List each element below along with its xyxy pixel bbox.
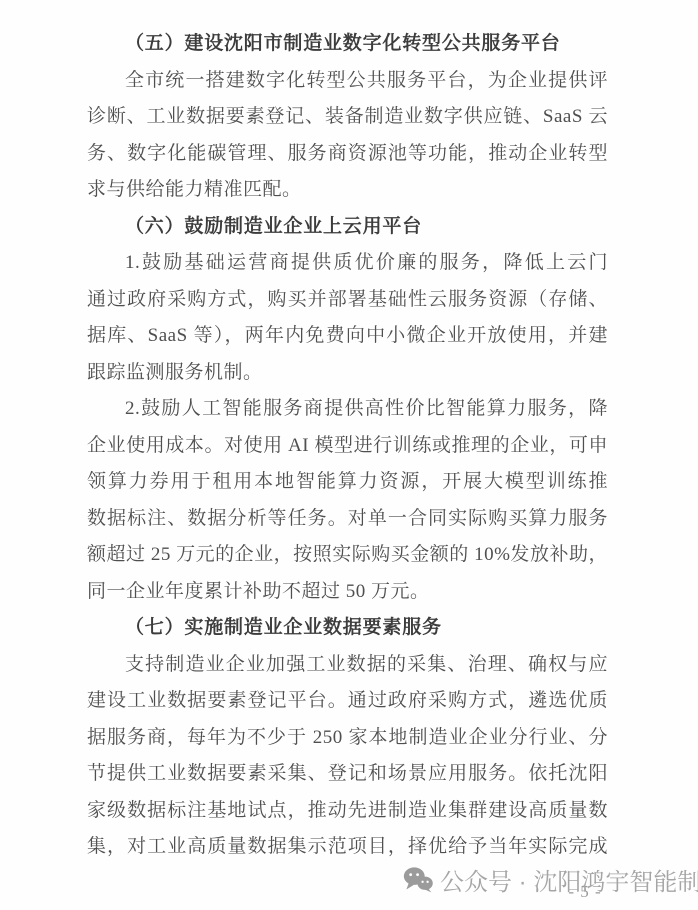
paragraph-line: 诊断、工业数据要素登记、装备制造业数字供应链、SaaS 云服 xyxy=(87,99,608,136)
watermark-text: 公众号 · 沈阳鸿宇智能制造 xyxy=(440,862,698,897)
paragraph-line: 1.鼓励基础运营商提供质优价廉的服务，降低上云门槛。 xyxy=(87,245,608,282)
document-page: （五）建设沈阳市制造业数字化转型公共服务平台 全市统一搭建数字化转型公共服务平台… xyxy=(0,0,698,910)
paragraph-line: 集，对工业高质量数据集示范项目，择优给予当年实际完成投 xyxy=(87,829,608,866)
section-heading: （五）建设沈阳市制造业数字化转型公共服务平台 xyxy=(87,26,608,63)
paragraph-line: 跟踪监测服务机制。 xyxy=(87,355,608,392)
paragraph-line: 企业使用成本。对使用 AI 模型进行训练或推理的企业，可申 xyxy=(87,428,608,465)
paragraph-line: 通过政府采购方式，购买并部署基础性云服务资源（存储、数 xyxy=(87,282,608,319)
paragraph-line: 节提供工业数据要素采集、登记和场景应用服务。依托沈阳国 xyxy=(87,756,608,793)
paragraph-line: 家级数据标注基地试点，推动先进制造业集群建设高质量数据 xyxy=(87,793,608,830)
wechat-icon xyxy=(403,866,433,893)
paragraph-line: 据服务商，每年为不少于 250 家本地制造业企业分行业、分环 xyxy=(87,720,608,757)
watermark: 公众号 · 沈阳鸿宇智能制造 xyxy=(403,862,698,897)
paragraph-line: 领算力券用于租用本地智能算力资源，开展大模型训练推理、 xyxy=(87,464,608,501)
paragraph-line: 2.鼓励人工智能服务商提供高性价比智能算力服务，降低 xyxy=(87,391,608,428)
paragraph-line: 支持制造业企业加强工业数据的采集、治理、确权与应用， xyxy=(87,647,608,684)
paragraph-line: 求与供给能力精准匹配。 xyxy=(87,172,608,209)
document-body: （五）建设沈阳市制造业数字化转型公共服务平台 全市统一搭建数字化转型公共服务平台… xyxy=(87,26,608,866)
paragraph-line: 据库、SaaS 等），两年内免费向中小微企业开放使用，并建立 xyxy=(87,318,608,355)
paragraph-line: 全市统一搭建数字化转型公共服务平台，为企业提供评估 xyxy=(87,63,608,100)
paragraph-line: 额超过 25 万元的企业，按照实际购买金额的 10%发放补助， xyxy=(87,537,608,574)
section-heading: （六）鼓励制造业企业上云用平台 xyxy=(87,209,608,246)
paragraph-line: 务、数字化能碳管理、服务商资源池等功能，推动企业转型需 xyxy=(87,136,608,173)
paragraph-line: 同一企业年度累计补助不超过 50 万元。 xyxy=(87,574,608,611)
paragraph-line: 数据标注、数据分析等任务。对单一合同实际购买算力服务金 xyxy=(87,501,608,538)
paragraph-line: 建设工业数据要素登记平台。通过政府采购方式，遴选优质数 xyxy=(87,683,608,720)
section-heading: （七）实施制造业企业数据要素服务 xyxy=(87,610,608,647)
